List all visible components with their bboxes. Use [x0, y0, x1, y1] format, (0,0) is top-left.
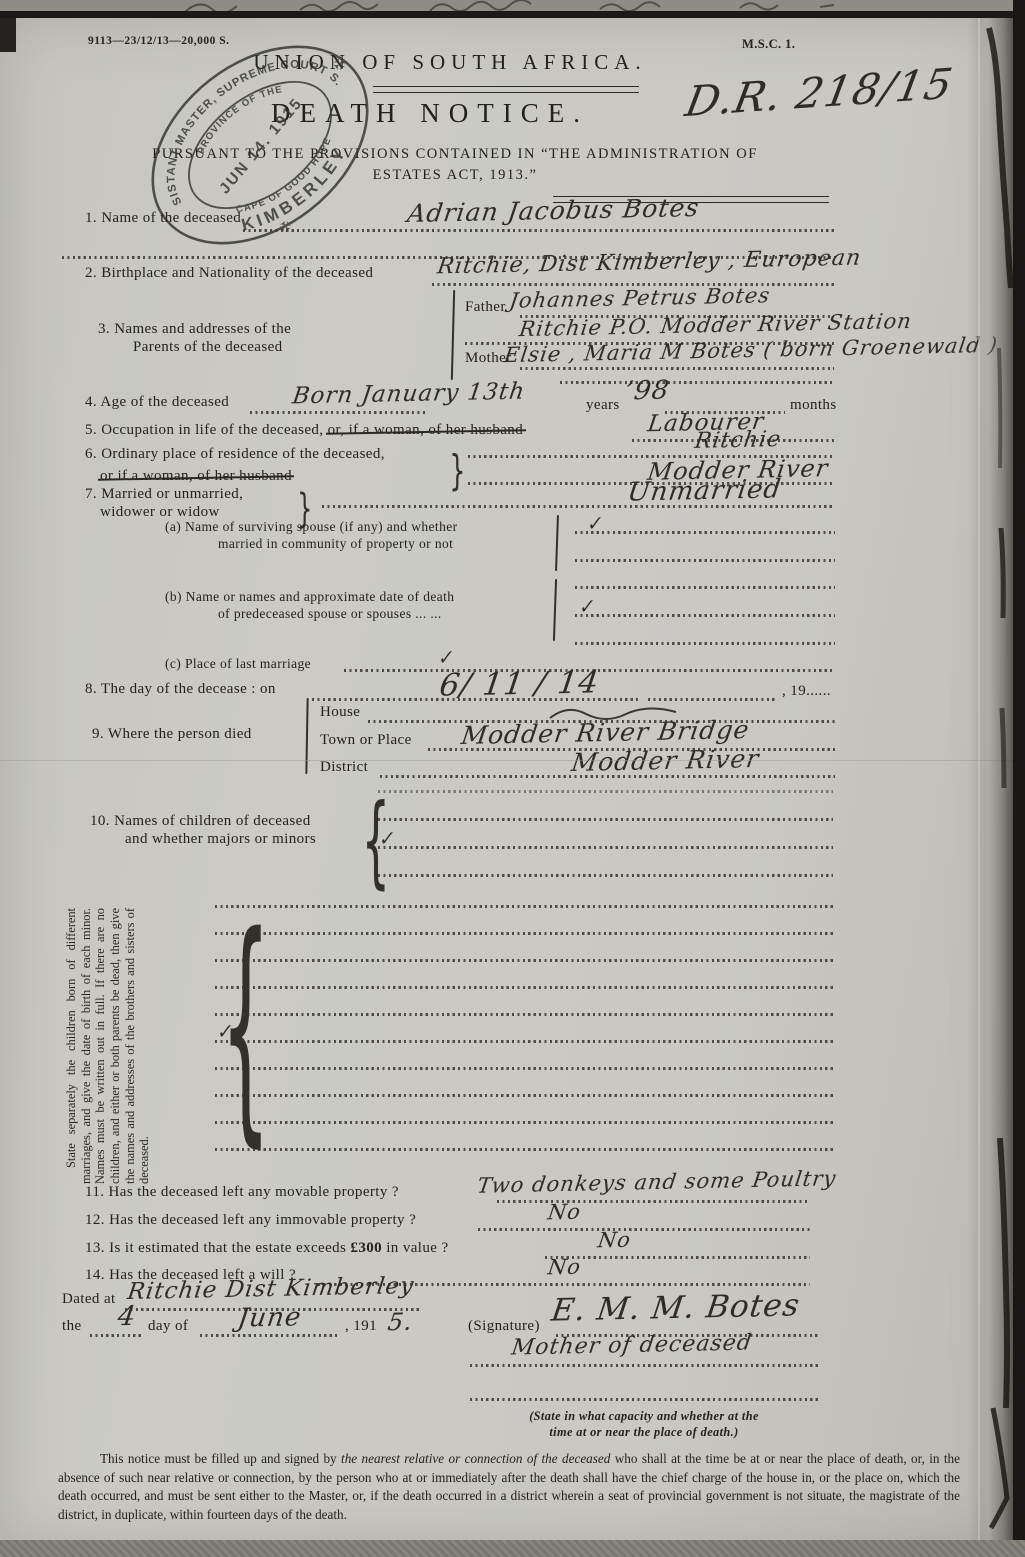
item5-label-text: 5. Occupation in life of the deceased, — [85, 422, 328, 438]
item12-label: 12. Has the deceased left any immovable … — [85, 1212, 416, 1229]
dotted-line — [215, 905, 835, 908]
item10-label-line1: 10. Names of children of deceased — [90, 813, 311, 830]
married-status-entry: Unmarried — [626, 474, 784, 507]
item13-label: 13. Is it estimated that the estate exce… — [85, 1240, 449, 1257]
tick-mark: ✓ — [585, 512, 604, 536]
item4-label: 4. Age of the deceased — [85, 394, 229, 411]
item7b-label-line1: (b) Name or names and approximate date o… — [165, 589, 454, 605]
dotted-line — [215, 1121, 835, 1124]
dotted-line — [378, 874, 833, 877]
movable-property-entry: Two donkeys and some Poultry — [476, 1166, 838, 1197]
item6-label-line1: 6. Ordinary place of residence of the de… — [85, 446, 385, 463]
dotted-line — [378, 846, 833, 849]
age-born-entry: Born January 13th — [291, 379, 527, 410]
dotted-line — [322, 505, 835, 508]
item1-name-entry: Adrian Jacobus Botes — [406, 193, 702, 228]
sidebar-instruction-note: State separately the children born of di… — [64, 908, 168, 1184]
dotted-line — [378, 818, 833, 821]
day-entry: 4 — [116, 1301, 139, 1332]
district-label: District — [320, 759, 368, 776]
item10-label-line2: and whether majors or minors — [125, 831, 316, 848]
dotted-line — [215, 1040, 835, 1043]
dotted-line — [545, 1256, 810, 1259]
dated-place-entry: Ritchie Dist Kimberley — [126, 1273, 416, 1305]
the-label: the — [62, 1318, 82, 1335]
item9-label: 9. Where the person died — [92, 726, 252, 743]
year-written-entry: 5. — [386, 1308, 415, 1337]
signature-entry: E. M. M. Botes — [549, 1287, 802, 1328]
scan-right-background — [1013, 0, 1025, 1557]
dotted-line — [250, 411, 425, 414]
signature-caption-line1: (State in what capacity and whether at t… — [468, 1408, 820, 1425]
item3-label-line2: Parents of the deceased — [133, 339, 283, 356]
footnote-italic-phrase: the nearest relative or connection of th… — [341, 1451, 610, 1466]
item8-label: 8. The day of the decease : on — [85, 681, 276, 698]
signature-label: (Signature) — [468, 1318, 540, 1335]
form-code-msc: M.S.C. 1. — [742, 37, 795, 52]
dotted-line — [575, 559, 835, 562]
dotted-line — [215, 986, 835, 989]
immovable-property-entry: No — [546, 1200, 582, 1225]
item2-birthplace-entry: Ritchie, Dist Kimberley , European — [436, 246, 863, 280]
item3-label-line1: 3. Names and addresses of the — [98, 321, 291, 338]
dotted-line — [215, 959, 835, 962]
will-entry: No — [546, 1255, 582, 1280]
item7b-divider — [553, 579, 557, 641]
dotted-line — [560, 381, 834, 384]
item3-divider — [451, 290, 455, 380]
dotted-line — [575, 586, 835, 589]
dotted-line — [575, 642, 835, 645]
dotted-line — [470, 1398, 818, 1401]
dotted-line — [215, 1067, 835, 1070]
house-label: House — [320, 704, 360, 721]
item11-label: 11. Has the deceased left any movable pr… — [85, 1184, 399, 1201]
tick-mark: ✓ — [577, 595, 596, 619]
day-of-label: day of — [148, 1318, 188, 1335]
capacity-entry: Mother of deceased — [510, 1330, 754, 1360]
amount-300: £300 — [350, 1240, 382, 1256]
dotted-line — [478, 1228, 810, 1231]
tick-mark: ✓ — [377, 827, 396, 851]
item6-brace: } — [449, 446, 465, 495]
residence-entry-1: Ritchie — [693, 427, 783, 454]
item2-label: 2. Birthplace and Nationality of the dec… — [85, 265, 373, 282]
item5-struck-text: or, if a woman, of her husband — [328, 422, 524, 438]
years-label: years — [586, 397, 620, 414]
dotted-line — [215, 1013, 835, 1016]
dotted-line — [200, 1334, 340, 1337]
scan-bottom-binding — [0, 1540, 1025, 1557]
item7a-label-line1: (a) Name of surviving spouse (if any) an… — [165, 519, 458, 535]
father-label: Father — [465, 299, 506, 316]
stamp-cross-right: ✠ — [331, 55, 349, 74]
item1-label: 1. Name of the deceased — [85, 210, 241, 227]
item8-year-suffix: , 19...... — [782, 683, 831, 700]
dotted-line — [648, 698, 776, 701]
town-label: Town or Place — [320, 732, 412, 749]
dotted-line — [215, 1148, 835, 1151]
dotted-line — [520, 367, 834, 370]
signature-caption-line2: time at or near the place of death.) — [468, 1424, 820, 1441]
tick-mark: ✓ — [436, 646, 455, 670]
binding-edge-marks — [975, 18, 1013, 1544]
item6-struck-line: or if a woman, of her husband — [100, 468, 292, 485]
dotted-line — [575, 614, 835, 617]
estate-value-entry: No — [596, 1228, 632, 1253]
dotted-line — [215, 932, 835, 935]
item7a-divider — [555, 515, 559, 571]
paper-crease — [0, 760, 1013, 761]
item9-divider — [305, 698, 308, 774]
item7a-label-line2: married in community of property or not — [218, 536, 453, 552]
item7b-label-line2: of predeceased spouse or spouses ... ... — [218, 606, 442, 622]
dotted-line — [470, 1364, 818, 1367]
dotted-line — [575, 531, 835, 534]
case-number-handwritten: D.R. 218/15 — [682, 59, 957, 126]
dotted-line — [378, 790, 833, 793]
dated-at-label: Dated at — [62, 1291, 116, 1308]
decease-date-entry: 6/ 11 / 14 — [437, 664, 602, 703]
father-entry: Johannes Petrus Botes — [508, 283, 772, 312]
age-years-entry: ’98 — [623, 376, 672, 407]
form-page: 9113—23/12/13—20,000 S. M.S.C. 1. UNION … — [0, 18, 1013, 1544]
month-entry: June — [236, 1302, 304, 1333]
item5-label: 5. Occupation in life of the deceased, o… — [85, 422, 523, 439]
paper-corner-shadow — [0, 18, 16, 52]
item7-label-line1: 7. Married or unmarried, — [85, 486, 243, 503]
year-printed: , 191 — [345, 1318, 377, 1335]
dotted-line — [243, 229, 835, 232]
dotted-line — [90, 1334, 142, 1337]
dotted-line — [497, 1200, 810, 1203]
dotted-line — [215, 1094, 835, 1097]
months-label: months — [790, 397, 837, 414]
office-stamp: ASSISTANT MASTER, SUPREME COURT S.A. PRO… — [105, 23, 415, 273]
tick-mark: ✓ — [215, 1020, 234, 1044]
item7c-label: (c) Place of last marriage — [165, 656, 311, 672]
footnote-paragraph: This notice must be filled up and signed… — [58, 1450, 960, 1525]
scanned-death-notice: 9113—23/12/13—20,000 S. M.S.C. 1. UNION … — [0, 0, 1025, 1557]
